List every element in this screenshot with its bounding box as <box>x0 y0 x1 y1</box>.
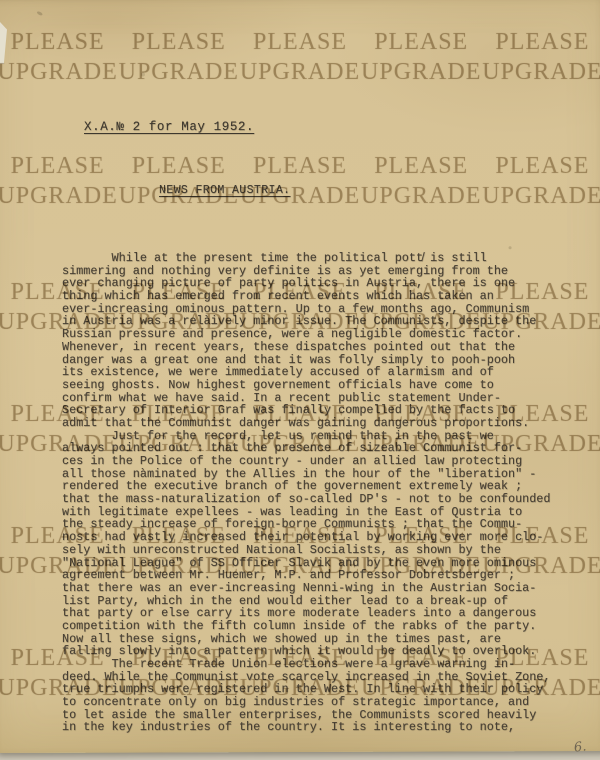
paper-speck <box>509 246 512 249</box>
body-line: nosts had vastly increased their potenti… <box>62 531 550 544</box>
body-line: its existence, we were immediately accus… <box>62 366 550 379</box>
body-line: While at the present time the political … <box>62 252 550 265</box>
paper-speck <box>141 73 145 77</box>
body-line: thing which has emerged from recent even… <box>62 290 550 303</box>
body-line: that there was an ever-increasing Nenni-… <box>62 582 550 595</box>
body-line: ces in the Police of the country - under… <box>62 455 550 468</box>
body-line: Russian pressure and presence, were a ne… <box>62 328 550 341</box>
reference-line: X.A.№ 2 for May 1952. <box>84 120 254 134</box>
body-line: competition with the fifth column inside… <box>62 620 550 633</box>
body-line: in the key industries of the country. It… <box>62 721 550 734</box>
body-line: to concentrate only on big industries of… <box>62 696 550 709</box>
body-line: Whenever, in recent years, these dispatc… <box>62 341 550 354</box>
body-line: agreement between Mr. Huemer, M.P. and P… <box>62 569 550 582</box>
body-line: that the mass-naturalization of so-calle… <box>62 493 550 506</box>
document-body: While at the present time the political … <box>62 252 550 734</box>
body-line: admit that the Communist danger was gain… <box>62 417 550 430</box>
page-number: 6. <box>573 739 587 755</box>
paper-speck <box>36 11 43 16</box>
document-heading: NEWS FROM AUSTRIA. <box>159 184 290 197</box>
body-line: The recent Trade Union elections were a … <box>62 658 550 671</box>
body-line: seeing ghosts. Now highest governement o… <box>62 379 550 392</box>
body-line: sely with unreconstructed National Socia… <box>62 544 550 557</box>
